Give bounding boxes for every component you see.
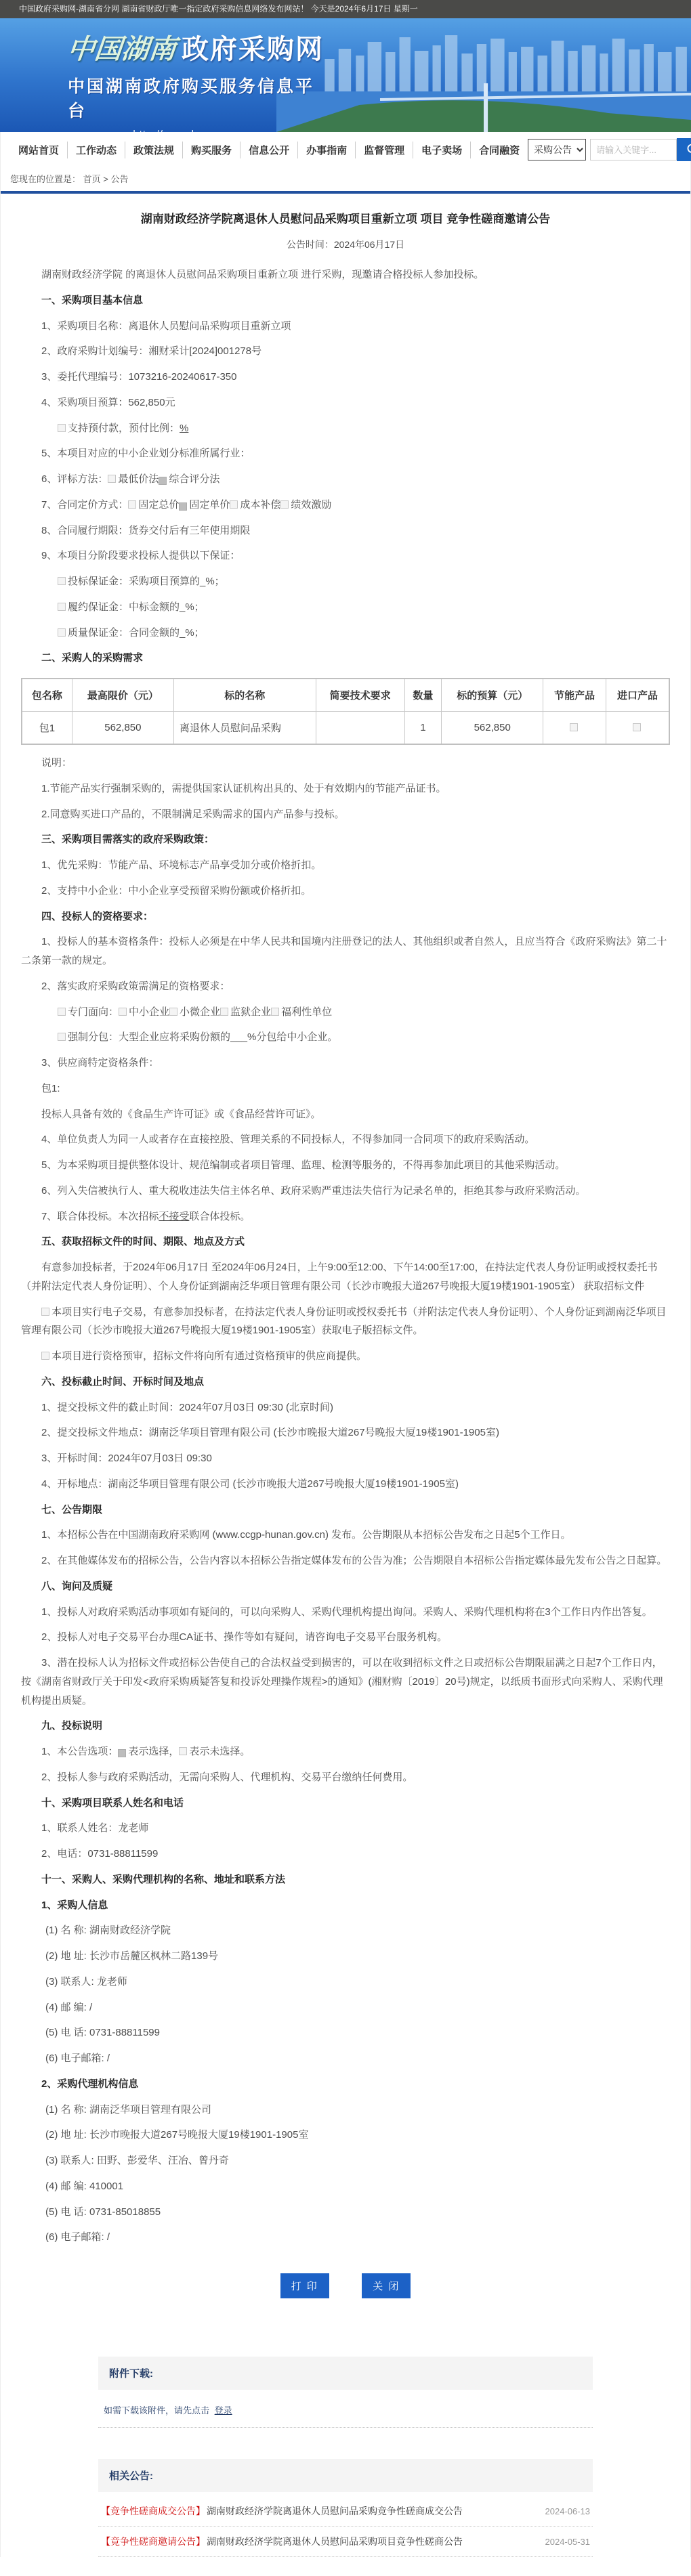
related-list: 【竞争性磋商成交公告】湖南财政经济学院离退休人员慰问品采购竞争性磋商成交公告20… [98,2492,593,2557]
doc-paragraph: 4、采购项目预算：562,850元 [21,390,670,416]
doc-text: 固定单价 [189,499,230,511]
doc-heading: 四、投标人的资格要求： [21,904,670,930]
nav-item[interactable]: 购买服务 [183,142,240,158]
doc-text: 最低价法 [118,473,159,485]
nav-item[interactable]: 工作动态 [68,142,125,158]
checkbox-empty-icon [633,723,641,731]
related-announcement-link[interactable]: 【竞争性磋商成交公告】湖南财政经济学院离退休人员慰问品采购竞争性磋商成交公告20… [98,2496,593,2527]
doc-paragraph: 2、落实政府采购政策需满足的资格要求： [21,974,670,1000]
main-nav: 网站首页工作动态政策法规购买服务信息公开办事指南监督管理电子卖场合同融资 采购公… [1,132,690,167]
doc-paragraph: 2、投标人对电子交易平台办理CA证书、操作等如有疑问，请咨询电子交易平台服务机构… [21,1625,670,1650]
banner-url: http://ccgp-hunan.gov.cn [68,129,325,132]
doc-paragraph: 7、联合体投标。本次招标不接受联合体投标。 [21,1204,670,1230]
doc-text: 中小企业 [129,1006,169,1018]
doc-text: 质量保证金：合同金额的_%； [68,627,205,639]
related-announcement-link[interactable]: 【竞争性磋商邀请公告】湖南财政经济学院离退休人员慰问品采购项目竞争性磋商公告20… [98,2527,593,2557]
doc-paragraph: 6、列入失信被执行人、重大税收违法失信主体名单、政府采购严重违法失信行为记录名单… [21,1178,670,1204]
attachment-note: 如需下载该附件，请先点击 登录 [98,2390,593,2428]
doc-paragraph: (1) 名 称: 湖南财政经济学院 [21,1918,670,1944]
doc-text: 履约保证金：中标金额的_%； [68,601,205,613]
breadcrumb: 您现在的位置是： 首页 > 公告 [1,167,690,191]
doc-paragraph: 1.节能产品实行强制采购的，需提供国家认证机构出具的、处于有效期内的节能产品证书… [21,776,670,802]
doc-paragraph: (5) 电 话: 0731-88811599 [21,2020,670,2046]
doc-text: 小微企业 [180,1006,220,1018]
doc-text: 7、合同定价方式： [41,499,128,511]
doc-text: 投标保证金：采购项目预算的_%； [68,576,225,587]
announcement-date: 2024-05-31 [545,2537,591,2547]
doc-text: 监狱企业 [230,1006,271,1018]
doc-paragraph: (6) 电子邮箱: / [21,2046,670,2071]
doc-paragraph: 1、投标人的基本资格条件：投标人必须是在中华人民共和国境内注册登记的法人、其他组… [21,929,670,974]
breadcrumb-separator: > [103,174,108,184]
checkbox-empty-icon [220,1008,228,1016]
doc-text: 福利性单位 [281,1006,332,1018]
doc-paragraph: 3、开标时间：2024年07月03日 09:30 [21,1446,670,1472]
close-button[interactable]: 关 闭 [362,2273,411,2298]
doc-heading: 二、采购人的采购需求 [21,645,670,671]
doc-paragraph: 履约保证金：中标金额的_%； [21,595,670,620]
topbar-text: 中国政府采购网-湖南省分网 湖南省财政厅唯一指定政府采购信息网络发布网站！ 今天… [19,4,418,14]
doc-text: % [180,423,188,434]
doc-text: 本项目实行电子交易，有意参加投标者，在持法定代表人身份证明或授权委托书（并附法定… [21,1306,667,1337]
table-cell [606,712,669,745]
announcement-type-tag: 【竞争性磋商邀请公告】 [101,2535,205,2548]
doc-paragraph: 6、评标方法：最低价法✓综合评分法 [21,467,670,492]
doc-paragraph: (3) 联系人: 田野、彭爱华、汪冶、曾丹奇 [21,2148,670,2174]
doc-text: 固定总价 [138,499,179,511]
action-buttons: 打 印 关 闭 [1,2250,690,2330]
doc-paragraph: 3、供应商特定资格条件： [21,1050,670,1076]
doc-paragraph: 强制分包：大型企业应将采购份额的___%分包给中小企业。 [21,1025,670,1050]
search-category-select[interactable]: 采购公告 [528,139,586,160]
nav-item[interactable]: 政策法规 [125,142,183,158]
table-cell: 1 [404,712,442,745]
search-icon [686,142,691,157]
doc-paragraph: (3) 联系人: 龙老师 [21,1969,670,1995]
doc-paragraph: (4) 邮 编: 410001 [21,2174,670,2199]
doc-paragraph: (4) 邮 编: / [21,1995,670,2021]
checkbox-empty-icon [230,500,238,509]
nav-items: 网站首页工作动态政策法规购买服务信息公开办事指南监督管理电子卖场合同融资 [10,142,528,158]
site-banner: 中国湖南政府采购网 中国湖南政府购买服务信息平台 http://ccgp-hun… [0,18,691,132]
checkbox-empty-icon [41,1352,49,1360]
doc-paragraph: 投标人具备有效的《食品生产许可证》或《食品经营许可证》。 [21,1102,670,1128]
doc-heading: 六、投标截止时间、开标时间及地点 [21,1369,670,1395]
checkbox-empty-icon [570,723,578,731]
table-cell [316,712,404,745]
doc-paragraph: 5、为本采购项目提供整体设计、规范编制或者项目管理、监理、检测等服务的，不得再参… [21,1153,670,1178]
doc-paragraph: 2、投标人参与政府采购活动，无需向采购人、代理机构、交易平台缴纳任何费用。 [21,1765,670,1790]
checkbox-checked-icon: ✓ [118,1749,126,1757]
announcement-title: 湖南财政经济学院离退休人员慰问品采购项目竞争性磋商公告 [207,2535,537,2548]
checkbox-empty-icon [119,1008,127,1016]
requirements-table: 包名称最高限价（元）标的名称简要技术要求数量标的预算（元）节能产品进口产品包15… [21,678,670,745]
doc-paragraph: 包1: [21,1076,670,1102]
table-row: 包1562,850离退休人员慰问品采购1562,850 [22,712,669,745]
checkbox-empty-icon [58,603,66,611]
table-header-cell: 标的预算（元） [442,679,543,712]
breadcrumb-home-link[interactable]: 首页 [83,174,101,184]
doc-paragraph: 公告时间：2024年06月17日 [21,231,670,262]
search-box: 采购公告 [528,138,691,161]
checkbox-empty-icon [179,1747,187,1755]
doc-paragraph: 1、投标人对政府采购活动事项如有疑问的，可以向采购人、采购代理机构提出询问。采购… [21,1600,670,1625]
search-button[interactable] [677,138,691,161]
doc-paragraph: 1、采购项目名称：离退休人员慰问品采购项目重新立项 [21,314,670,339]
doc-paragraph: 2、电话：0731-88811599 [21,1841,670,1867]
search-input[interactable] [590,139,677,160]
checkbox-checked-icon: ✓ [159,477,167,485]
table-header-cell: 标的名称 [173,679,316,712]
topbar: 中国政府采购网-湖南省分网 湖南省财政厅唯一指定政府采购信息网络发布网站！ 今天… [0,0,691,18]
table-cell: 562,850 [442,712,543,745]
doc-paragraph: (2) 地 址: 长沙市岳麓区枫林二路139号 [21,1944,670,1969]
doc-text: 6、评标方法： [41,473,108,485]
doc-paragraph: (6) 电子邮箱: / [21,2225,670,2250]
nav-item[interactable]: 电子卖场 [413,142,471,158]
doc-paragraph: 4、单位负责人为同一人或者存在直接控股、管理关系的不同投标人，不得参加同一合同项… [21,1127,670,1153]
doc-text: 7、联合体投标。本次招标 [41,1211,159,1222]
doc-paragraph: 2.同意购买进口产品的，不限制满足采购需求的国内产品参与投标。 [21,802,670,828]
doc-heading: 五、获取招标文件的时间、期限、地点及方式 [21,1229,670,1255]
doc-paragraph: 3、潜在投标人认为招标文件或招标公告使自己的合法权益受到损害的，可以在收到招标文… [21,1650,670,1713]
announcement-date: 2024-06-13 [545,2506,591,2516]
table-header-cell: 数量 [404,679,442,712]
announcement-title: 湖南财政经济学院离退休人员慰问品采购竞争性磋商成交公告 [207,2504,537,2518]
breadcrumb-current-link[interactable]: 公告 [111,174,129,184]
doc-paragraph: (2) 地 址: 长沙市晚报大道267号晚报大厦19楼1901-1905室 [21,2122,670,2148]
doc-paragraph: 1、本招标公告在中国湖南政府采购网 (www.ccgp-hunan.gov.cn… [21,1522,670,1548]
doc-text: 1、本公告选项： [41,1746,118,1757]
checkbox-checked-icon: ✓ [179,502,187,511]
print-button[interactable]: 打 印 [280,2273,329,2298]
nav-item[interactable]: 监督管理 [356,142,413,158]
site-logo: 中国湖南政府采购网 [68,28,325,66]
doc-paragraph: (1) 名 称: 湖南泛华项目管理有限公司 [21,2097,670,2123]
doc-paragraph: 1、优先采购：节能产品、环境标志产品享受加分或价格折扣。 [21,853,670,878]
checkbox-empty-icon [58,1008,66,1016]
doc-text: 绩效激励 [291,499,331,511]
breadcrumb-prefix: 您现在的位置是： [10,174,81,184]
doc-paragraph: 2、在其他媒体发布的招标公告，公告内容以本招标公告指定媒体发布的公告为准；公告期… [21,1548,670,1574]
announcement-type-tag: 【竞争性磋商成交公告】 [101,2504,205,2518]
checkbox-empty-icon [280,500,289,509]
table-header-cell: 简要技术要求 [316,679,404,712]
doc-heading: 九、投标说明 [21,1713,670,1739]
doc-heading: 八、询问及质疑 [21,1574,670,1600]
table-cell: 包1 [22,712,72,745]
doc-paragraph: 本项目进行资格预审，招标文件将向所有通过资格预审的供应商提供。 [21,1344,670,1369]
checkbox-empty-icon [58,1033,66,1041]
doc-heading: 2、采购代理机构信息 [21,2071,670,2097]
doc-text: 联合体投标。 [189,1211,250,1222]
doc-paragraph: 1、本公告选项：✓表示选择，表示未选择。 [21,1739,670,1765]
doc-heading: 十一、采购人、采购代理机构的名称、地址和联系方法 [21,1867,670,1893]
doc-paragraph: 8、合同履行期限：货券交付后有三年使用期限 [21,518,670,544]
doc-paragraph: 湖南财政经济学院 的离退休人员慰问品采购项目重新立项 进行采购，现邀请合格投标人… [21,262,670,288]
doc-paragraph: 说明： [21,750,670,776]
related-section: 相关公告: 【竞争性磋商成交公告】湖南财政经济学院离退休人员慰问品采购竞争性磋商… [98,2459,593,2557]
logo-main-text: 政府采购网 [182,35,324,64]
checkbox-empty-icon [58,577,66,585]
attachment-header: 附件下载: [98,2357,593,2390]
table-header-cell: 包名称 [22,679,72,712]
doc-paragraph: 2、政府采购计划编号：湘财采计[2024]001278号 [21,339,670,364]
login-link[interactable]: 登录 [215,2405,232,2416]
doc-paragraph: 本项目实行电子交易，有意参加投标者，在持法定代表人身份证明或授权委托书（并附法定… [21,1300,670,1344]
page-title: 湖南财政经济学院离退休人员慰问品采购项目重新立项 项目 竞争性磋商邀请公告 [21,200,670,231]
doc-text: 支持预付款，预付比例： [68,423,180,434]
doc-heading: 七、公告期限 [21,1497,670,1523]
table-cell [543,712,606,745]
logo-script-text: 中国湖南 [66,28,178,66]
checkbox-empty-icon [58,628,66,637]
doc-text: 本项目进行资格预审，招标文件将向所有通过资格预审的供应商提供。 [51,1350,367,1362]
doc-heading: 十、采购项目联系人姓名和电话 [21,1790,670,1816]
doc-paragraph: 5、本项目对应的中小企业划分标准所属行业： [21,441,670,467]
doc-text: 强制分包：大型企业应将采购份额的___%分包给中小企业。 [68,1031,337,1043]
doc-paragraph: 有意参加投标者，于2024年06月17日 至2024年06月24日，上午9:00… [21,1255,670,1300]
doc-text: 表示选择， [128,1746,179,1757]
doc-paragraph: 专门面向：中小企业小微企业监狱企业福利性单位 [21,1000,670,1025]
doc-paragraph: (5) 电 话: 0731-85018855 [21,2199,670,2225]
banner-subtitle: 中国湖南政府购买服务信息平台 [68,73,325,122]
doc-paragraph: 1、提交投标文件的截止时间：2024年07月03日 09:30 (北京时间) [21,1395,670,1421]
doc-text: 不接受 [159,1211,189,1222]
doc-paragraph: 支持预付款，预付比例：% [21,416,670,442]
checkbox-empty-icon [271,1008,279,1016]
doc-paragraph: 4、开标地点：湖南泛华项目管理有限公司 (长沙市晚报大道267号晚报大厦19楼1… [21,1472,670,1497]
nav-item[interactable]: 信息公开 [240,142,298,158]
doc-paragraph: 质量保证金：合同金额的_%； [21,620,670,646]
doc-paragraph: 9、本项目分阶段要求投标人提供以下保证： [21,543,670,569]
doc-paragraph: 投标保证金：采购项目预算的_%； [21,569,670,595]
table-header-cell: 节能产品 [543,679,606,712]
doc-text: 综合评分法 [169,473,219,485]
doc-paragraph: 7、合同定价方式：固定总价✓固定单价成本补偿绩效激励 [21,492,670,518]
doc-paragraph: 1、联系人姓名：龙老师 [21,1816,670,1841]
table-cell: 562,850 [72,712,173,745]
doc-paragraph: 3、委托代理编号：1073216-20240617-350 [21,364,670,390]
doc-text: 成本补偿 [240,499,280,511]
doc-paragraph: 2、支持中小企业：中小企业享受预留采购份额或价格折扣。 [21,878,670,904]
checkbox-empty-icon [108,475,116,483]
doc-text: 表示未选择。 [189,1746,250,1757]
checkbox-empty-icon [128,500,136,509]
attachment-section: 附件下载: 如需下载该附件，请先点击 登录 [98,2357,593,2428]
doc-heading: 1、采购人信息 [21,1893,670,1918]
doc-heading: 三、采购项目需落实的政府采购政策： [21,827,670,853]
checkbox-empty-icon [58,424,66,432]
table-header-cell: 最高限价（元） [72,679,173,712]
attachment-note-text: 如需下载该附件，请先点击 [104,2405,209,2416]
doc-heading: 一、采购项目基本信息 [21,288,670,314]
nav-item[interactable]: 网站首页 [10,142,68,158]
table-header-cell: 进口产品 [606,679,669,712]
checkbox-empty-icon [41,1308,49,1316]
city-skyline-image [276,18,691,132]
table-cell: 离退休人员慰问品采购 [173,712,316,745]
nav-item[interactable]: 合同融资 [471,142,528,158]
related-header: 相关公告: [98,2459,593,2492]
doc-text: 专门面向： [68,1006,119,1018]
nav-item[interactable]: 办事指南 [298,142,356,158]
checkbox-empty-icon [169,1008,177,1016]
announcement-document: 湖南财政经济学院离退休人员慰问品采购项目重新立项 项目 竞争性磋商邀请公告公告时… [1,194,690,2250]
doc-paragraph: 2、提交投标文件地点：湖南泛华项目管理有限公司 (长沙市晚报大道267号晚报大厦… [21,1420,670,1446]
